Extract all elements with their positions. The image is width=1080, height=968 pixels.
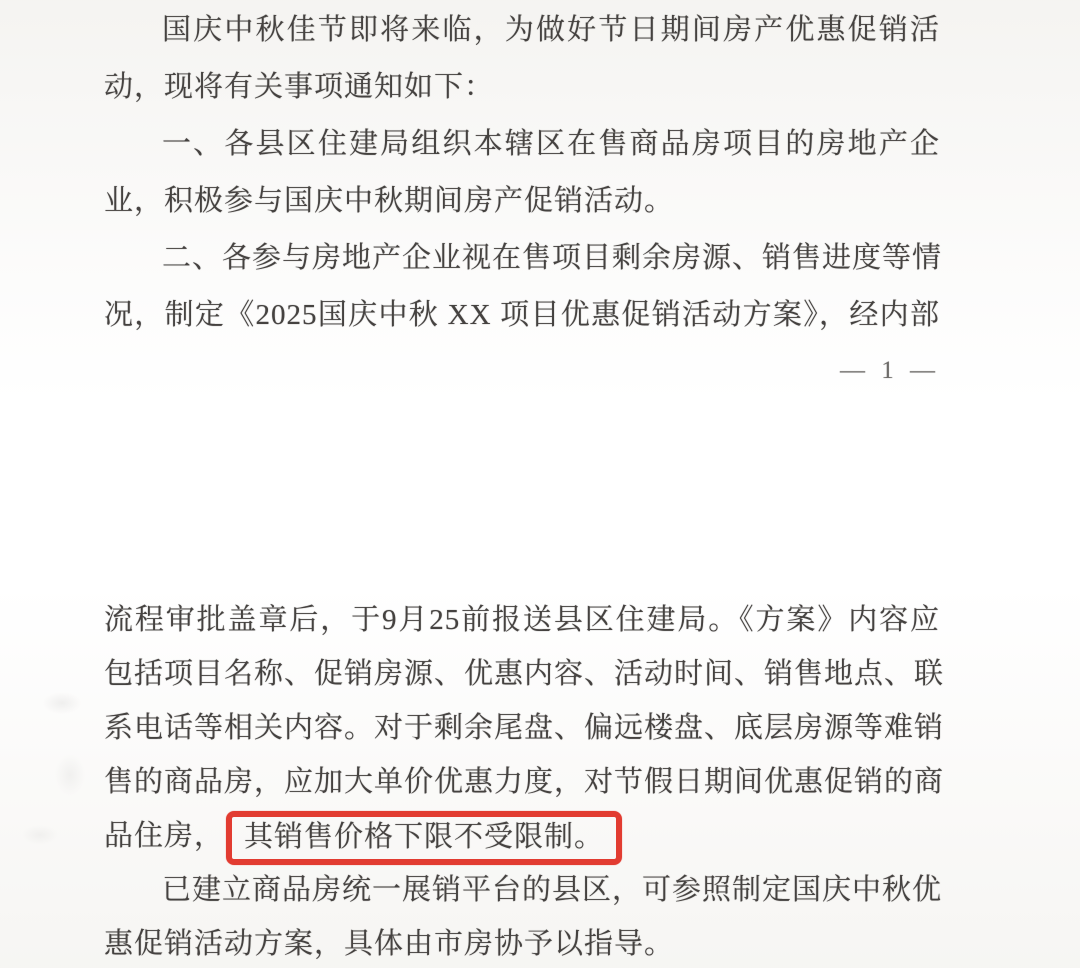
document-line-highlighted: 品住房，其销售价格下限不受限制。 bbox=[104, 809, 940, 863]
document-line: 售的商品房，应加大单价优惠力度，对节假日期间优惠促销的商 bbox=[104, 755, 940, 809]
document-line: 国庆中秋佳节即将来临，为做好节日期间房产优惠促销活 bbox=[104, 2, 940, 59]
document-line: 况，制定《2025国庆中秋 XX 项目优惠促销活动方案》，经内部 bbox=[104, 287, 940, 344]
highlighted-text: 其销售价格下限不受限制。 bbox=[244, 821, 604, 853]
highlight-line-prefix: 品住房， bbox=[104, 820, 224, 852]
document-line: 动，现将有关事项通知如下： bbox=[104, 59, 940, 116]
document-line: 一、各县区住建局组织本辖区在售商品房项目的房地产企 bbox=[104, 116, 940, 173]
page-number: — 1 — bbox=[104, 350, 940, 392]
red-highlight-box-annotation: 其销售价格下限不受限制。 bbox=[226, 811, 622, 865]
document-line: 流程审批盖章后，于9月25前报送县区住建局。《方案》内容应 bbox=[104, 593, 940, 647]
document-line: 系电话等相关内容。对于剩余尾盘、偏远楼盘、底层房源等难销 bbox=[104, 701, 940, 755]
scanned-notice-document: { "document": { "kind": "scanned governm… bbox=[0, 0, 1080, 968]
document-line: 惠促销活动方案，具体由市房协予以指导。 bbox=[104, 917, 940, 968]
page1-text-block: 国庆中秋佳节即将来临，为做好节日期间房产优惠促销活 动，现将有关事项通知如下： … bbox=[0, 2, 1080, 392]
document-line: 二、各参与房地产企业视在售项目剩余房源、销售进度等情 bbox=[104, 230, 940, 287]
document-line: 包括项目名称、促销房源、优惠内容、活动时间、销售地点、联 bbox=[104, 647, 940, 701]
document-line: 已建立商品房统一展销平台的县区，可参照制定国庆中秋优 bbox=[104, 863, 940, 917]
page2-text-block: 流程审批盖章后，于9月25前报送县区住建局。《方案》内容应 包括项目名称、促销房… bbox=[0, 593, 1080, 968]
document-line: 业，积极参与国庆中秋期间房产促销活动。 bbox=[104, 173, 940, 230]
